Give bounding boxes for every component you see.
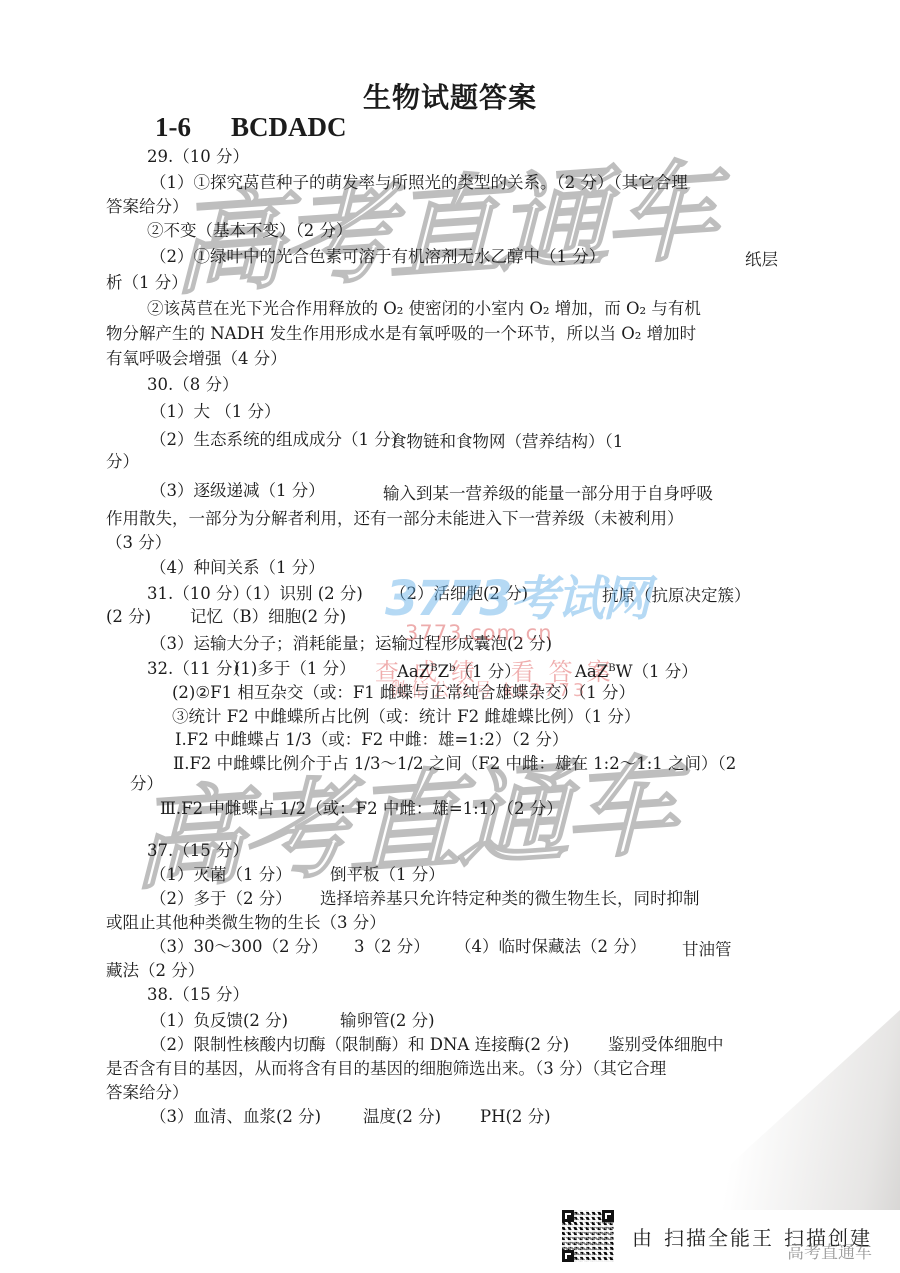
q32-line: 分）: [130, 773, 163, 795]
q37-line: （1）灭菌（1 分）: [150, 864, 292, 886]
q38-line: 鉴别受体细胞中: [608, 1034, 724, 1056]
q29-line: 物分解产生的 NADH 发生作用形成水是有氧呼吸的一个环节，所以当 O₂ 增加时: [106, 323, 696, 345]
q32-genotype-1: AaZBZb（1 分）: [397, 658, 521, 683]
q31-header: 31.（10 分）: [147, 583, 249, 605]
q31-line: (2 分): [106, 606, 151, 628]
watermark-footer: 高考直通车: [787, 1238, 872, 1263]
q30-line: 分）: [106, 451, 139, 473]
q32-line: Ⅲ.F2 中雌蝶占 1/2（或：F2 中雌：雄=1:1）（2 分）: [160, 798, 563, 820]
q29-header: 29.（10 分）: [147, 146, 249, 168]
q37-line: （2）多于（2 分）: [150, 888, 292, 910]
q38-line: 是否含有目的基因，从而将含有目的基因的细胞筛选出来。（3 分）（其它合理: [106, 1058, 666, 1080]
q32-line: (2)②F1 相互杂交（或：F1 雌蝶与正常纯合雄蝶杂交）（1 分）: [172, 682, 635, 704]
q29-line: 纸层: [745, 249, 778, 271]
q30-line: （2）生态系统的组成成分（1 分）: [150, 429, 407, 451]
q38-line: （3）血清、血浆(2 分): [150, 1106, 321, 1128]
q32-genotype-2: AaZBW（1 分）: [575, 658, 698, 683]
q38-line: （1）负反馈(2 分): [150, 1010, 288, 1032]
watermark-gaokao-top: 高考直通车: [165, 122, 746, 317]
q37-line: 选择培养基只允许特定种类的微生物生长，同时抑制: [320, 888, 700, 910]
q29-line: 析（1 分）: [106, 272, 188, 294]
q32-line: Ⅰ.F2 中雌蝶占 1/3（或：F2 中雌：雄=1:2）（2 分）: [175, 729, 568, 751]
mc-range: 1-6: [155, 112, 191, 142]
q29-line: ②该莴苣在光下光合作用释放的 O₂ 使密闭的小室内 O₂ 增加，而 O₂ 与有机: [147, 298, 701, 320]
q38-header: 38.（15 分）: [147, 984, 249, 1006]
q30-line: （3）逐级递减（1 分）: [150, 480, 325, 502]
q32-line: (1)多于（1 分）: [234, 658, 356, 680]
q37-line: 3（2 分）: [354, 936, 430, 958]
qr-code-icon[interactable]: [560, 1208, 616, 1264]
q37-line: 甘油管: [682, 939, 732, 961]
q29-line: （1）①探究莴苣种子的萌发率与所照光的类型的关系。（2 分）（其它合理: [150, 172, 688, 194]
q38-line: PH(2 分): [480, 1106, 551, 1128]
q29-line: （2）①绿叶中的光合色素可溶于有机溶剂无水乙醇中（1 分）: [150, 246, 605, 268]
watermark-url: 3773.com.cn: [405, 621, 553, 645]
q30-line: 食物链和食物网（营养结构）（1: [390, 431, 623, 453]
q37-line: 藏法（2 分）: [106, 960, 204, 982]
q37-line: 倒平板（1 分）: [330, 864, 445, 886]
q30-line: （1）大 （1 分）: [150, 401, 281, 423]
q38-line: 输卵管(2 分): [340, 1010, 435, 1032]
q37-line: 或阻止其他种类微生物的生长（3 分）: [106, 912, 386, 934]
q30-line: 输入到某一营养级的能量一部分用于自身呼吸: [383, 483, 713, 505]
footer-app-name: 扫描全能王: [664, 1226, 774, 1250]
scanned-answer-sheet: 高考直通车 高考直通车 生物试题答案 1-6BCDADC 29.（10 分） （…: [0, 0, 900, 1273]
q29-line: 有氧呼吸会增强（4 分）: [106, 348, 287, 370]
q37-line: （3）30～300（2 分）: [150, 936, 328, 958]
watermark-3773: 3773考试网: [385, 560, 649, 629]
q29-line: 答案给分）: [106, 196, 189, 218]
q31-line: 记忆（B）细胞(2 分): [190, 606, 346, 628]
page-title: 生物试题答案: [0, 76, 900, 116]
q38-line: （2）限制性核酸内切酶（限制酶）和 DNA 连接酶(2 分): [150, 1034, 569, 1056]
q38-line: 温度(2 分): [363, 1106, 441, 1128]
q30-line: （4）种间关系（1 分）: [150, 557, 325, 579]
q31-line: （1）识别 (2 分): [236, 583, 363, 605]
q30-line: 作用散失，一部分为分解者利用，还有一部分未能进入下一营养级（未被利用）: [106, 508, 684, 530]
q32-line: Ⅱ.F2 中雌蝶比例介于占 1/3～1/2 之间（F2 中雌：雄在 1:2～1:…: [173, 753, 736, 775]
q37-line: （4）临时保藏法（2 分）: [455, 936, 646, 958]
q37-header: 37.（15 分）: [147, 840, 249, 862]
q30-header: 30.（8 分）: [147, 374, 238, 396]
mc-answers: BCDADC: [231, 112, 347, 142]
multiple-choice-answers: 1-6BCDADC: [155, 112, 347, 143]
q29-line: ②不变（基本不变）（2 分）: [147, 220, 353, 242]
footer-by: 由: [632, 1226, 654, 1250]
q38-line: 答案给分）: [106, 1082, 189, 1104]
q32-line: ③统计 F2 中雌蝶所占比例（或：统计 F2 雌雄蝶比例）（1 分）: [172, 706, 640, 728]
q30-line: （3 分）: [106, 532, 171, 554]
